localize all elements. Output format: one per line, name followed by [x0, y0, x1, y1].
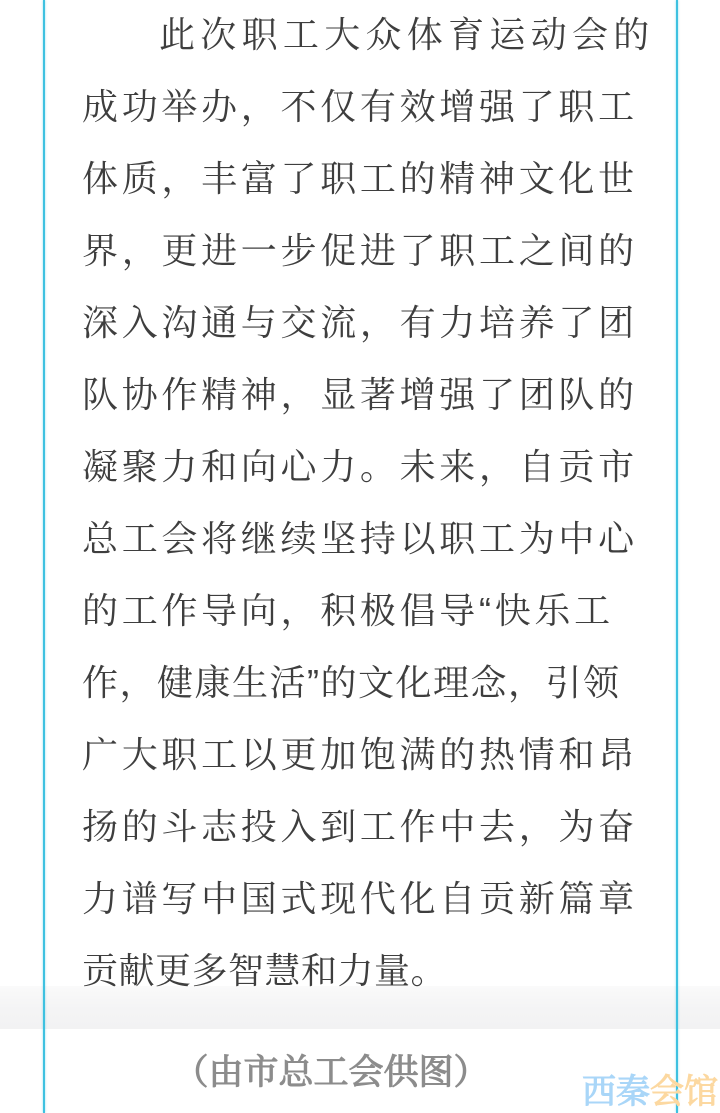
watermark-part-blue: 西秦: [582, 1073, 650, 1111]
left-border-line: [43, 0, 45, 1113]
body-text-line: 此次职工大众体育运动会的: [82, 0, 644, 71]
body-text-line: 扬的斗志投入到工作中去，为奋: [82, 791, 644, 863]
body-text-line: 队协作精神，显著增强了团队的: [82, 359, 644, 431]
body-text-line: 凝聚力和向心力。未来，自贡市: [82, 431, 644, 503]
right-border-line: [676, 0, 678, 1113]
article-page: 此次职工大众体育运动会的 成功举办，不仅有效增强了职工 体质，丰富了职工的精神文…: [0, 0, 720, 1113]
watermark-part-orange: 会馆: [650, 1073, 718, 1111]
body-text-line: 深入沟通与交流，有力培养了团: [82, 287, 644, 359]
body-text-line: 成功举办，不仅有效增强了职工: [82, 71, 644, 143]
site-watermark: 西秦会馆: [582, 1073, 718, 1111]
body-text-line: 广大职工以更加饱满的热情和昂: [82, 719, 644, 791]
body-text-line: 作，健康生活”的文化理念，引领: [82, 647, 644, 719]
body-text-line: 体质，丰富了职工的精神文化世: [82, 143, 644, 215]
body-text-line: 界，更进一步促进了职工之间的: [82, 215, 644, 287]
article-body: 此次职工大众体育运动会的 成功举办，不仅有效增强了职工 体质，丰富了职工的精神文…: [82, 0, 644, 1007]
body-text-line: 总工会将继续坚持以职工为中心: [82, 503, 644, 575]
body-text-line: 力谱写中国式现代化自贡新篇章: [82, 863, 644, 935]
body-text-line: 贡献更多智慧和力量。: [82, 935, 644, 1007]
body-text-line: 的工作导向，积极倡导“快乐工: [82, 575, 644, 647]
